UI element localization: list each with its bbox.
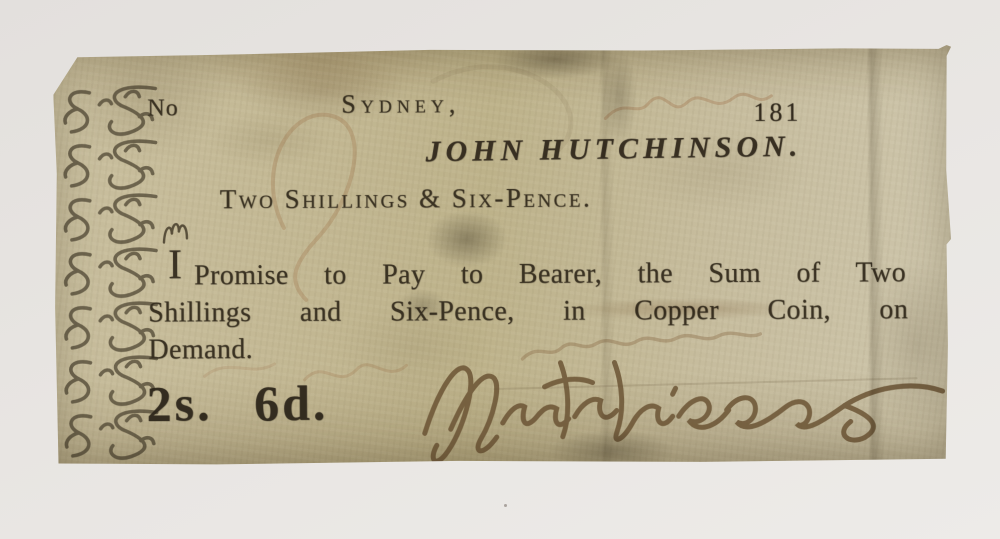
banknote: No Sydney, 181 JOHN HUTCHINSON. Two Shil…	[53, 45, 953, 466]
denomination-numeric: 2s. 6d.	[147, 374, 329, 433]
promise-initial-letter: I	[160, 246, 190, 285]
serial-number-label: No	[147, 95, 178, 122]
promise-line-3: Demand.	[148, 334, 253, 366]
dust-speck	[504, 504, 507, 507]
denomination-words: Two Shillings & Six-Pence.	[220, 183, 593, 216]
year-fragment: 181	[753, 98, 801, 128]
promise-line-2: Shillings and Six-Pence, in Copper Coin,…	[148, 294, 908, 329]
promise-line-1: Promise to Pay to Bearer, the Sum of Two	[194, 257, 906, 292]
initial-crown-flourish-icon	[160, 216, 190, 246]
place-name: Sydney,	[341, 89, 460, 120]
issuer-name: JOHN HUTCHINSON.	[425, 130, 802, 170]
photo-backdrop: No Sydney, 181 JOHN HUTCHINSON. Two Shil…	[0, 0, 1000, 539]
signature-handwriting	[410, 335, 956, 465]
ornamental-initial: I	[160, 216, 190, 285]
